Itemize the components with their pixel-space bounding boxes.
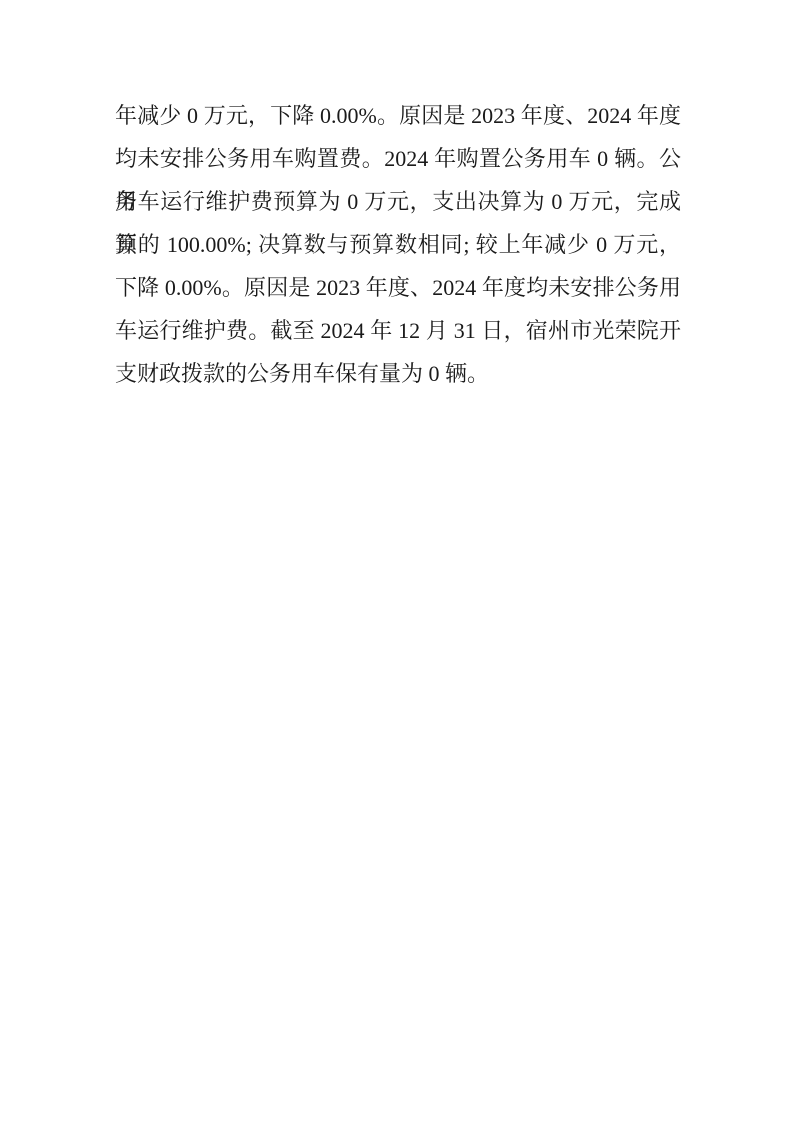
text-line: 用车运行维护费预算为 0 万元，支出决算为 0 万元，完成预	[115, 180, 681, 223]
text-line: 下降 0.00%。原因是 2023 年度、2024 年度均未安排公务用	[115, 266, 681, 309]
document-page: 年减少 0 万元，下降 0.00%。原因是 2023 年度、2024 年度 均未…	[0, 0, 793, 1122]
text-line: 算的 100.00%; 决算数与预算数相同; 较上年减少 0 万元，	[115, 223, 681, 266]
paragraph-block: 年减少 0 万元，下降 0.00%。原因是 2023 年度、2024 年度 均未…	[115, 94, 681, 395]
text-line: 年减少 0 万元，下降 0.00%。原因是 2023 年度、2024 年度	[115, 94, 681, 137]
text-line: 车运行维护费。截至 2024 年 12 月 31 日，宿州市光荣院开	[115, 309, 681, 352]
text-line: 均未安排公务用车购置费。2024 年购置公务用车 0 辆。公务	[115, 137, 681, 180]
text-line: 支财政拨款的公务用车保有量为 0 辆。	[115, 352, 681, 395]
